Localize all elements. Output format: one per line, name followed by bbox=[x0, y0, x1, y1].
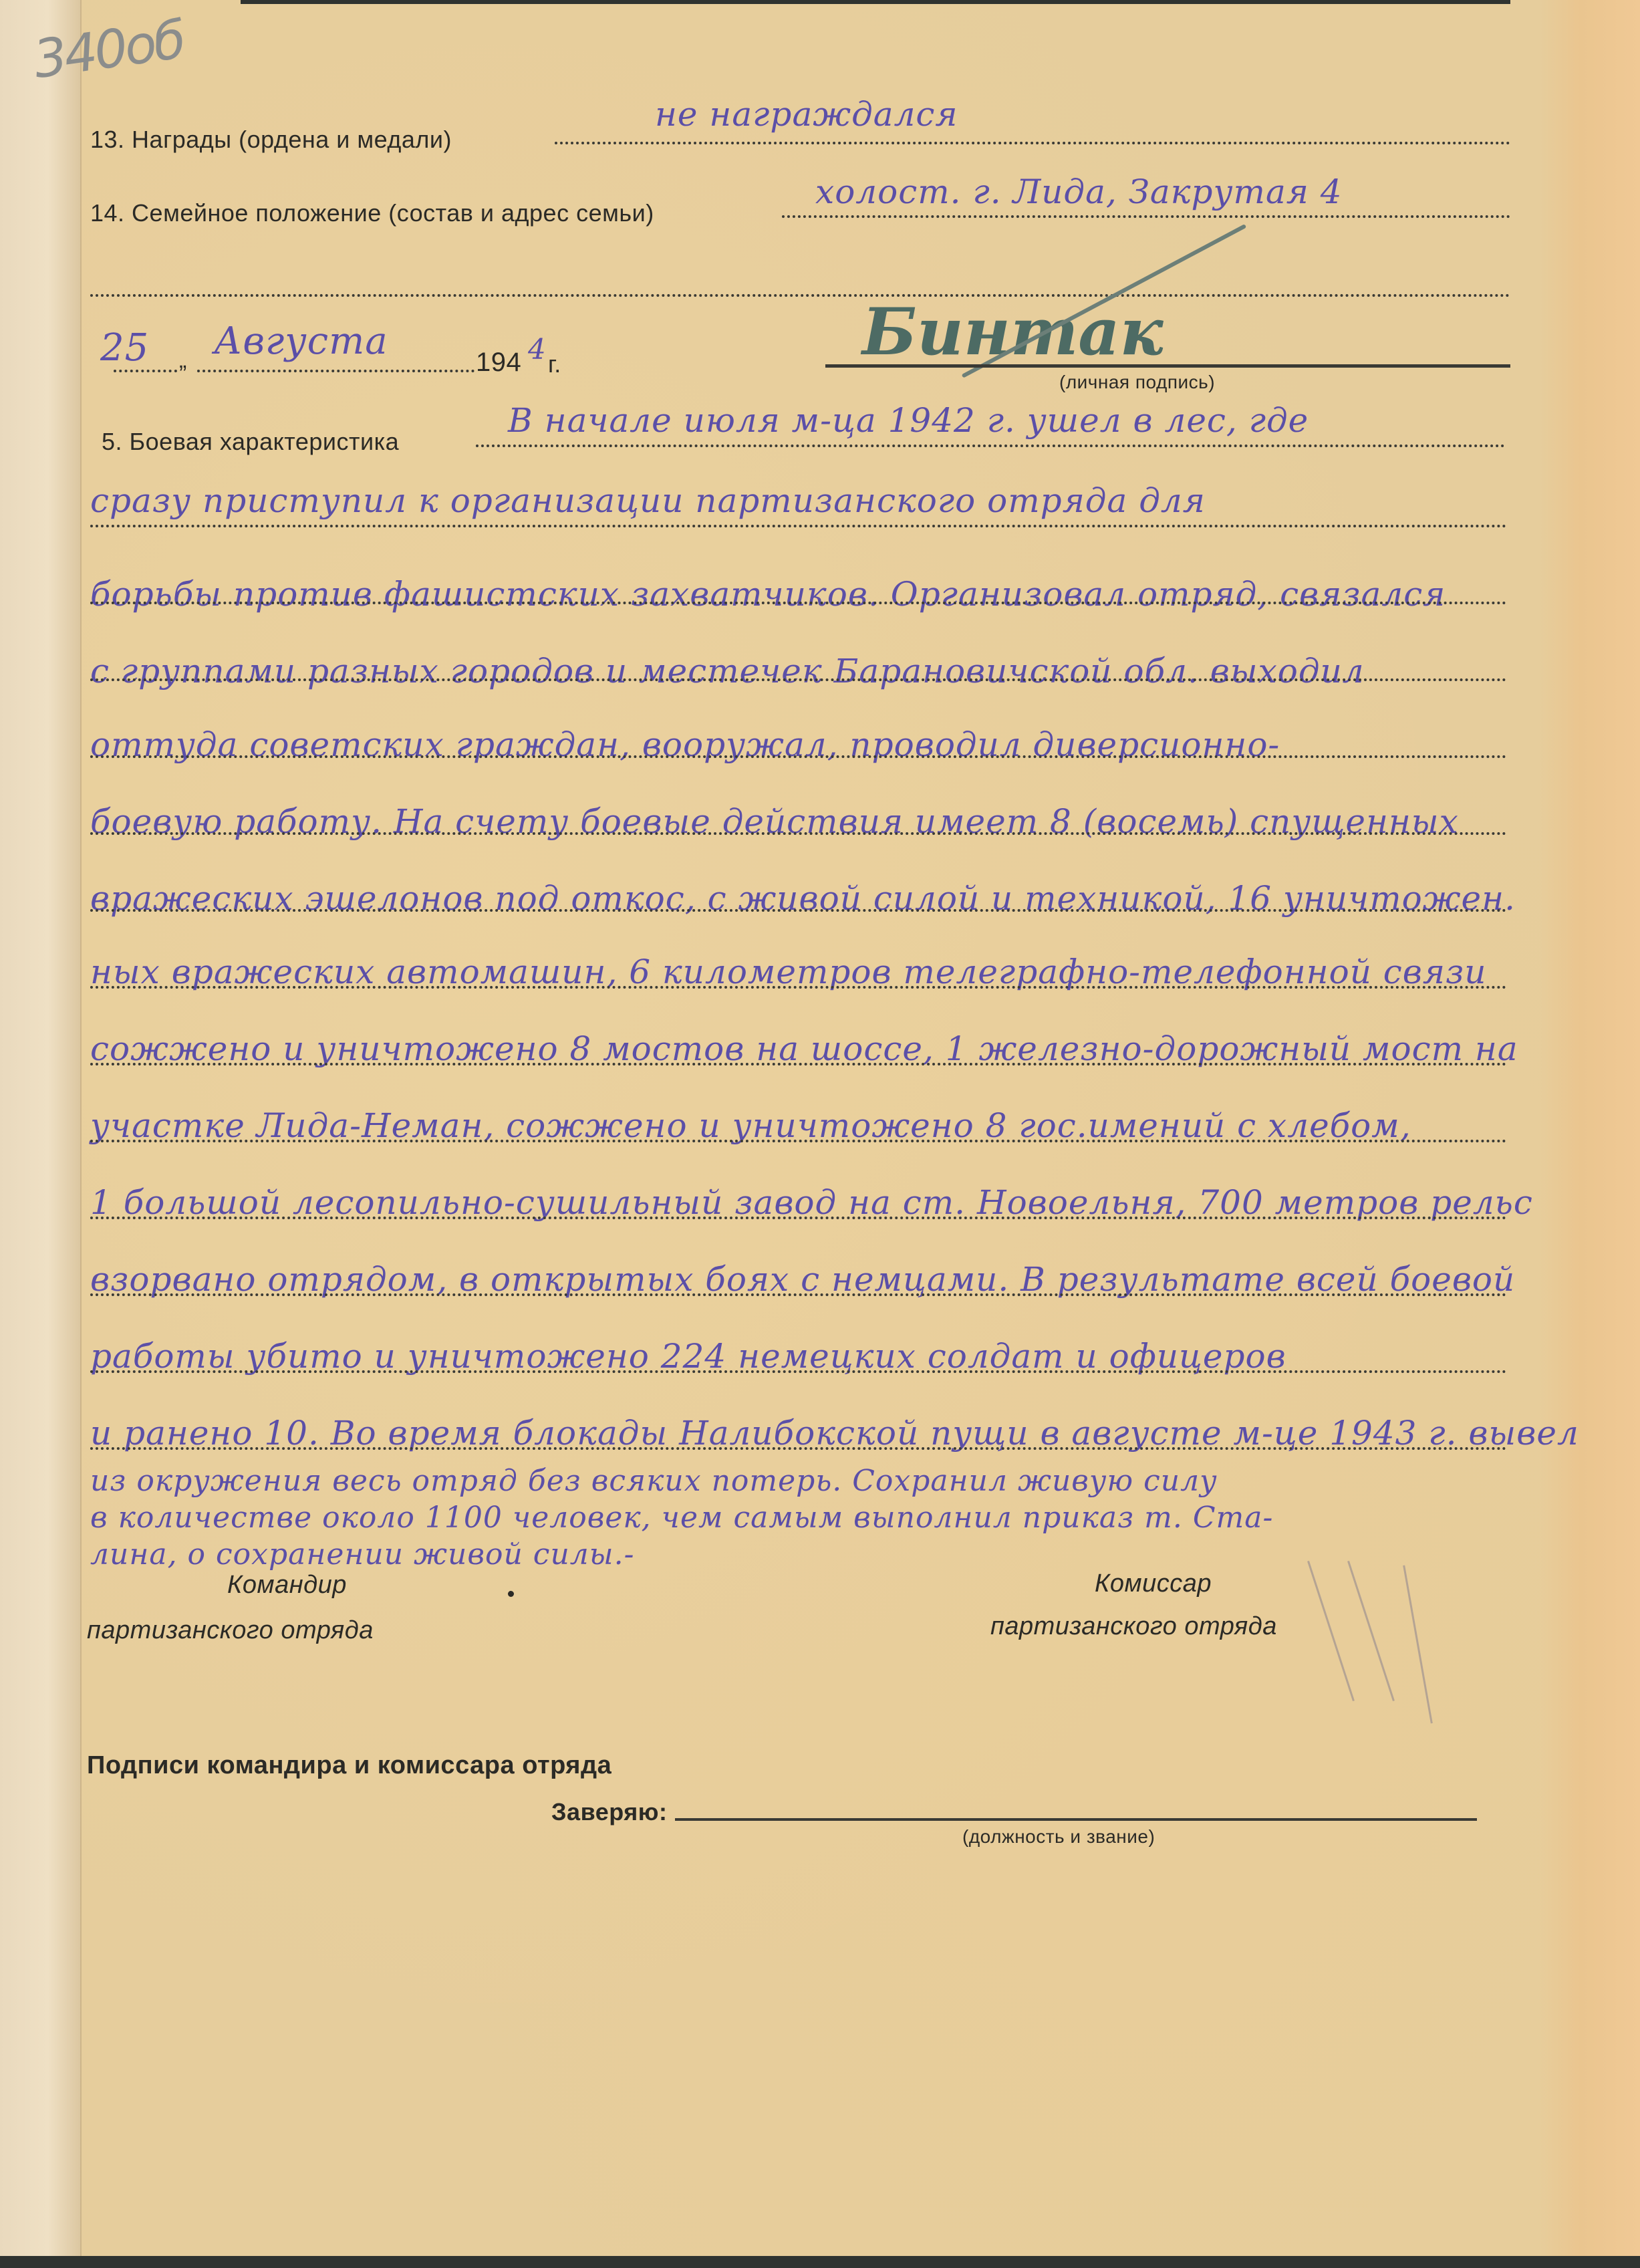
combat-rule bbox=[90, 602, 1507, 604]
date-month-rule bbox=[197, 370, 474, 372]
signatures-title: Подписи командира и комиссара отряда bbox=[87, 1751, 611, 1780]
combat-line: борьбы против фашистских захватчиков. Ор… bbox=[90, 575, 1446, 614]
combat-rule bbox=[90, 1063, 1507, 1065]
pencil-mark bbox=[1307, 1561, 1355, 1701]
date-day: 25 bbox=[100, 326, 149, 370]
pencil-mark bbox=[1403, 1565, 1433, 1724]
page-edge bbox=[1540, 0, 1640, 2256]
combat-rule bbox=[90, 678, 1507, 681]
combat-rule bbox=[90, 1370, 1507, 1373]
combat-rule bbox=[90, 1217, 1507, 1219]
commander-subtitle: партизанского отряда bbox=[87, 1616, 374, 1645]
combat-rule bbox=[90, 832, 1507, 835]
combat-rule bbox=[90, 986, 1507, 989]
commissar-subtitle: партизанского отряда bbox=[990, 1612, 1277, 1641]
awards-rule bbox=[555, 142, 1510, 144]
combat-rule bbox=[90, 755, 1507, 758]
commissar-title: Комиссар bbox=[1095, 1569, 1212, 1598]
combat-rule bbox=[90, 1293, 1507, 1296]
certify-rule bbox=[675, 1818, 1477, 1821]
awards-label: 13. Награды (ордена и медали) bbox=[90, 126, 452, 154]
combat-rule bbox=[90, 909, 1507, 912]
document-page: 340об 13. Награды (ордена и медали) не н… bbox=[0, 0, 1640, 2256]
combat-label: 5. Боевая характеристика bbox=[102, 428, 399, 456]
family-rule-2 bbox=[90, 294, 1510, 297]
combat-line: вражеских эшелонов под откос, с живой си… bbox=[90, 879, 1516, 918]
pencil-mark bbox=[1347, 1561, 1395, 1701]
date-year-prefix: 194 bbox=[476, 348, 521, 378]
certify-caption: (должность и звание) bbox=[962, 1826, 1155, 1848]
combat-line: в количестве около 1100 человек, чем сам… bbox=[90, 1501, 1273, 1535]
date-year-suffix: 4 bbox=[528, 333, 547, 366]
awards-value: не награждался bbox=[655, 95, 958, 134]
ink-dot bbox=[508, 1591, 514, 1597]
personal-signature: Бинтак bbox=[862, 294, 1164, 370]
signature-caption: (личная подпись) bbox=[1059, 372, 1215, 393]
scan-border bbox=[241, 0, 1510, 4]
combat-line: оттуда советских граждан, вооружал, пров… bbox=[90, 725, 1280, 764]
combat-rule bbox=[90, 525, 1507, 527]
binding-strip bbox=[0, 0, 82, 2256]
family-label: 14. Семейное положение (состав и адрес с… bbox=[90, 199, 654, 227]
combat-rule bbox=[90, 1447, 1507, 1450]
combat-rule bbox=[476, 445, 1505, 447]
commander-title: Командир bbox=[227, 1571, 347, 1600]
signature-rule bbox=[825, 364, 1510, 368]
combat-line: с группами разных городов и местечек Бар… bbox=[90, 652, 1365, 690]
combat-rule bbox=[90, 1140, 1507, 1142]
certify-label: Заверяю: bbox=[551, 1798, 668, 1826]
date-day-rule bbox=[114, 370, 177, 372]
combat-line: сразу приступил к организации партизанск… bbox=[90, 481, 1206, 520]
date-year-unit: г. bbox=[548, 350, 561, 378]
family-rule bbox=[782, 215, 1510, 218]
combat-line: лина, о сохранении живой силы.- bbox=[90, 1537, 635, 1571]
combat-line: В начале июля м-ца 1942 г. ушел в лес, г… bbox=[508, 401, 1309, 440]
date-quote: „ bbox=[179, 348, 187, 374]
date-month: Августа bbox=[214, 320, 388, 363]
combat-line: из окружения весь отряд без всяких потер… bbox=[90, 1464, 1218, 1498]
family-value: холост. г. Лида, Закрутая 4 bbox=[815, 172, 1343, 211]
combat-line: боевую работу. На счету боевые действия … bbox=[90, 802, 1459, 841]
